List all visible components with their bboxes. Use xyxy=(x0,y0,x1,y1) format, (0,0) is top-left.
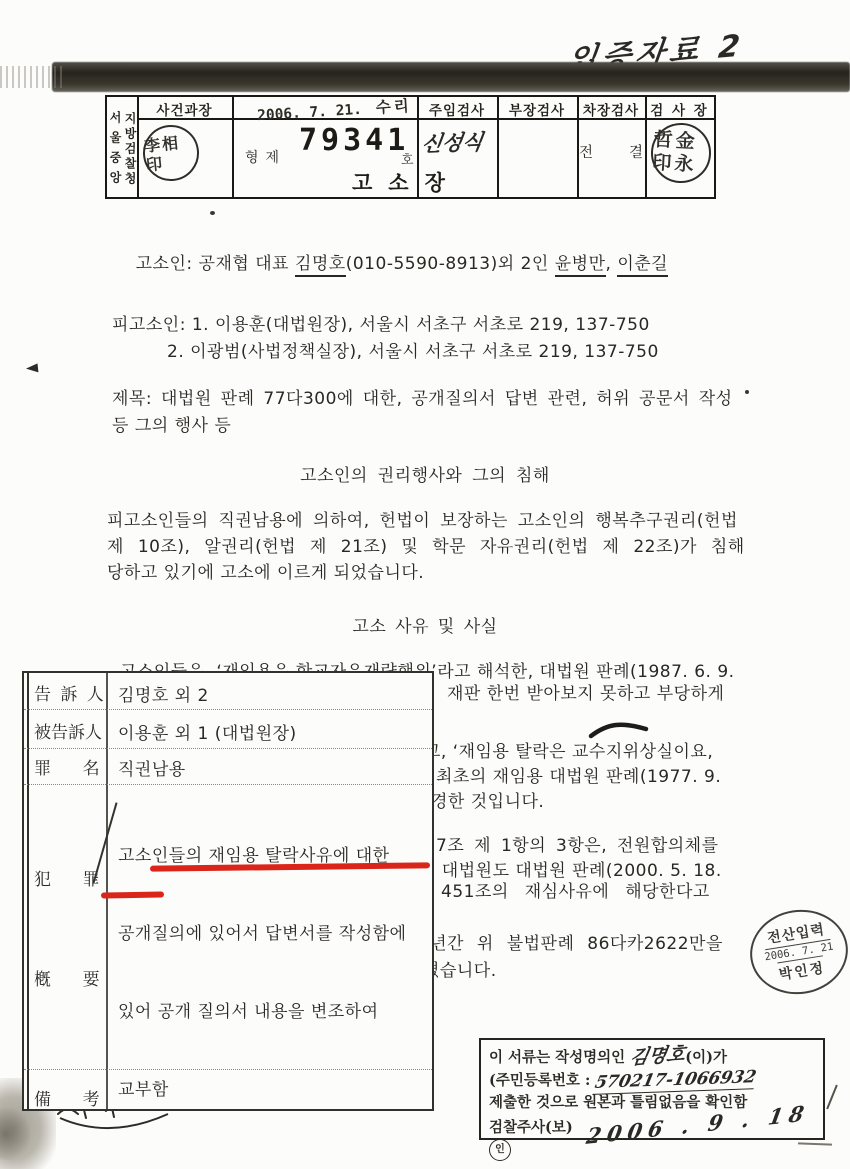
case-section-chief-seal-icon: 李相印 xyxy=(140,122,202,184)
crime-summary-line: 교부함 xyxy=(118,1077,406,1103)
row-label-complainant: 告 訴 人 xyxy=(34,680,106,705)
scan-smudge xyxy=(0,1108,30,1160)
row-label-remarks: 備 考 xyxy=(34,1085,102,1110)
complainant-prefix: 고소인: 공재협 대표 xyxy=(136,254,295,274)
chief-prosecutor-seal-icon: 哲金印永 xyxy=(649,121,712,184)
rights-paragraph-line-2: 제 10조), 알권리(헌법 제 21조) 및 학문 자유권리(헌법 제 22조… xyxy=(107,532,745,557)
scan-artifact-band xyxy=(52,62,850,92)
facts-fragment: 최초의 재임용 대법원 판례(1977. 9. xyxy=(436,762,721,787)
receipt-date: 2006. 7. 21. xyxy=(257,102,363,124)
defendant-line-2: 2. 이광범(사법정책실장), 서울시 서초구 서초로 219, 137-750 xyxy=(167,337,659,362)
case-summary-table: 告 訴 人 김명호 외 2 被告訴人 이용훈 외 1 (대법원장) 罪 名 직권… xyxy=(22,671,434,1111)
case-number-suffix: 호 xyxy=(401,149,414,168)
reception-stamp-table: 서울중앙 지방검찰청 사건과장 李相印 2006. 7. 21. 수리 형제 7… xyxy=(105,95,716,199)
scan-speck xyxy=(745,390,749,394)
case-section-chief-label: 사건과장 xyxy=(137,99,232,118)
subject-line-1: 제목: 대법원 판례 77다300에 대한, 공개질의서 답변 관련, 허위 공… xyxy=(112,384,733,409)
row-label-offense: 罪 名 xyxy=(34,754,102,779)
certification-line-2: (주민등록번호 : 570217-1066932 xyxy=(489,1069,815,1092)
handwritten-slash-mark xyxy=(92,802,117,883)
certification-stamp-box: 이 서류는 작성명의인 김명호(이)가 (주민등록번호 : 570217-106… xyxy=(479,1038,825,1140)
office-name-right: 지방검찰청 xyxy=(122,97,137,199)
row-label-accused: 被告訴人 xyxy=(34,718,102,743)
jeongyeol-mark: 전 결 xyxy=(579,141,643,162)
jeon-char: 전 xyxy=(579,141,593,162)
certified-name-handwritten: 김명호 xyxy=(628,1043,687,1069)
document-title: 고소장 xyxy=(352,167,461,197)
facts-fragment: 7조 제 1항의 3항은, 전원합의체를 xyxy=(436,831,719,856)
facts-fragment: )년간 위 불법판례 86다카2622만을 xyxy=(423,929,723,954)
chief-prosecutor-signature: 신성식 xyxy=(420,126,485,158)
scanned-complaint-document: 입증자료 2 서울중앙 지방검찰청 사건과장 李相印 2006. 7. 21. … xyxy=(0,0,850,1169)
data-entry-stamp: 전산입력 2006. 7. 21 박인정 xyxy=(744,903,850,1001)
complainant-name-3: 이춘길 xyxy=(617,254,668,277)
row-value-offense: 직권남용 xyxy=(118,755,186,780)
stray-mark xyxy=(826,1085,838,1110)
complainant-line: 고소인: 공재협 대표 김명호(010-5590-8913)외 2인 윤병만, … xyxy=(112,229,668,294)
complainant-name-2: 윤병만 xyxy=(555,254,606,277)
check-mark xyxy=(588,720,652,740)
table-divider xyxy=(232,97,234,197)
crime-summary-text: 고소인들의 재임용 탈락사유에 대한 공개질의에 있어서 답변서를 작성함에 있… xyxy=(118,791,406,1155)
rrn-handwritten: 570217-1066932 xyxy=(593,1066,759,1095)
defendant-line-1: 피고소인: 1. 이용훈(대법원장), 서울시 서초구 서초로 219, 137… xyxy=(112,310,650,335)
stray-mark xyxy=(26,363,39,373)
certification-line-4: 검찰주사(보) 2006 . 9 . 18 인 xyxy=(489,1114,815,1161)
red-underline-emphasis xyxy=(101,891,164,898)
facts-fragment: 겼습니다. xyxy=(423,956,497,981)
row-value-complainant: 김명호 외 2 xyxy=(118,681,209,706)
rights-paragraph-line-1: 피고소인들의 직권남용에 의하여, 헌법이 보장하는 고소인의 행복추구권리(헌… xyxy=(107,506,738,531)
row-label-summary: 槪 要 xyxy=(34,965,102,990)
rights-paragraph-line-3: 당하고 있기에 고소에 이르게 되었습니다. xyxy=(107,558,424,583)
row-value-accused: 이용훈 외 1 (대법원장) xyxy=(118,719,297,744)
facts-fragment: 재판 한번 받아보지 못하고 부당하게 xyxy=(447,679,724,704)
subject-line-2: 등 그의 행사 등 xyxy=(112,411,231,436)
column-chief: 검 사 장 xyxy=(645,99,714,118)
crime-summary-line: 있어 공개 질의서 내용을 변조하여 xyxy=(118,999,406,1025)
facts-fragment: 고, ‘재임용 탈락은 교수지위상실이요, xyxy=(424,737,713,762)
table-row-divider xyxy=(24,784,432,785)
section-title-facts: 고소 사유 및 사실 xyxy=(0,612,850,637)
row-label-crime: 犯 罪 xyxy=(34,865,102,890)
case-type-label: 형제 xyxy=(245,147,286,167)
rrn-label: (주민등록번호 : xyxy=(489,1072,590,1089)
table-border xyxy=(27,673,29,1109)
case-number: 79341 xyxy=(299,123,409,158)
certification-prefix: 이 서류는 작성명의인 xyxy=(489,1049,625,1066)
clerk-title: 검찰주사(보) xyxy=(489,1119,573,1136)
crime-summary-line: 공개질의에 있어서 답변서를 작성함에 xyxy=(118,921,406,947)
scan-artifact-fade xyxy=(0,66,64,88)
facts-fragment: 451조의 재심사유에 해당한다고 xyxy=(441,877,710,902)
column-deputy-chief: 차장검사 xyxy=(577,99,645,118)
column-division-chief: 부장검사 xyxy=(497,99,577,118)
certification-suffix: (이)가 xyxy=(685,1049,727,1066)
complainant-name-1: 김명호 xyxy=(295,254,346,277)
column-chief-prosecutor: 주임검사 xyxy=(417,99,497,118)
clerk-seal-icon: 인 xyxy=(489,1139,511,1161)
table-divider xyxy=(106,673,108,1109)
table-row-divider xyxy=(24,748,432,749)
facts-fragment: 경한 것입니다. xyxy=(431,787,544,812)
office-name-left: 서울중앙 xyxy=(107,97,122,201)
receipt-label: 수리 xyxy=(375,97,412,117)
receipt-date-stamp: 2006. 7. 21. 수리 xyxy=(256,93,427,125)
gyeol-char: 결 xyxy=(629,141,643,162)
office-name-vertical: 서울중앙 지방검찰청 xyxy=(107,97,137,197)
table-row-divider xyxy=(24,709,432,710)
scan-speck xyxy=(210,211,215,215)
complainant-middle: (010-5590-8913)외 2인 xyxy=(346,254,555,274)
complainant-separator: , xyxy=(606,254,618,274)
section-title-rights: 고소인의 권리행사와 그의 침해 xyxy=(0,461,850,486)
certification-line-1: 이 서류는 작성명의인 김명호(이)가 xyxy=(489,1045,815,1069)
